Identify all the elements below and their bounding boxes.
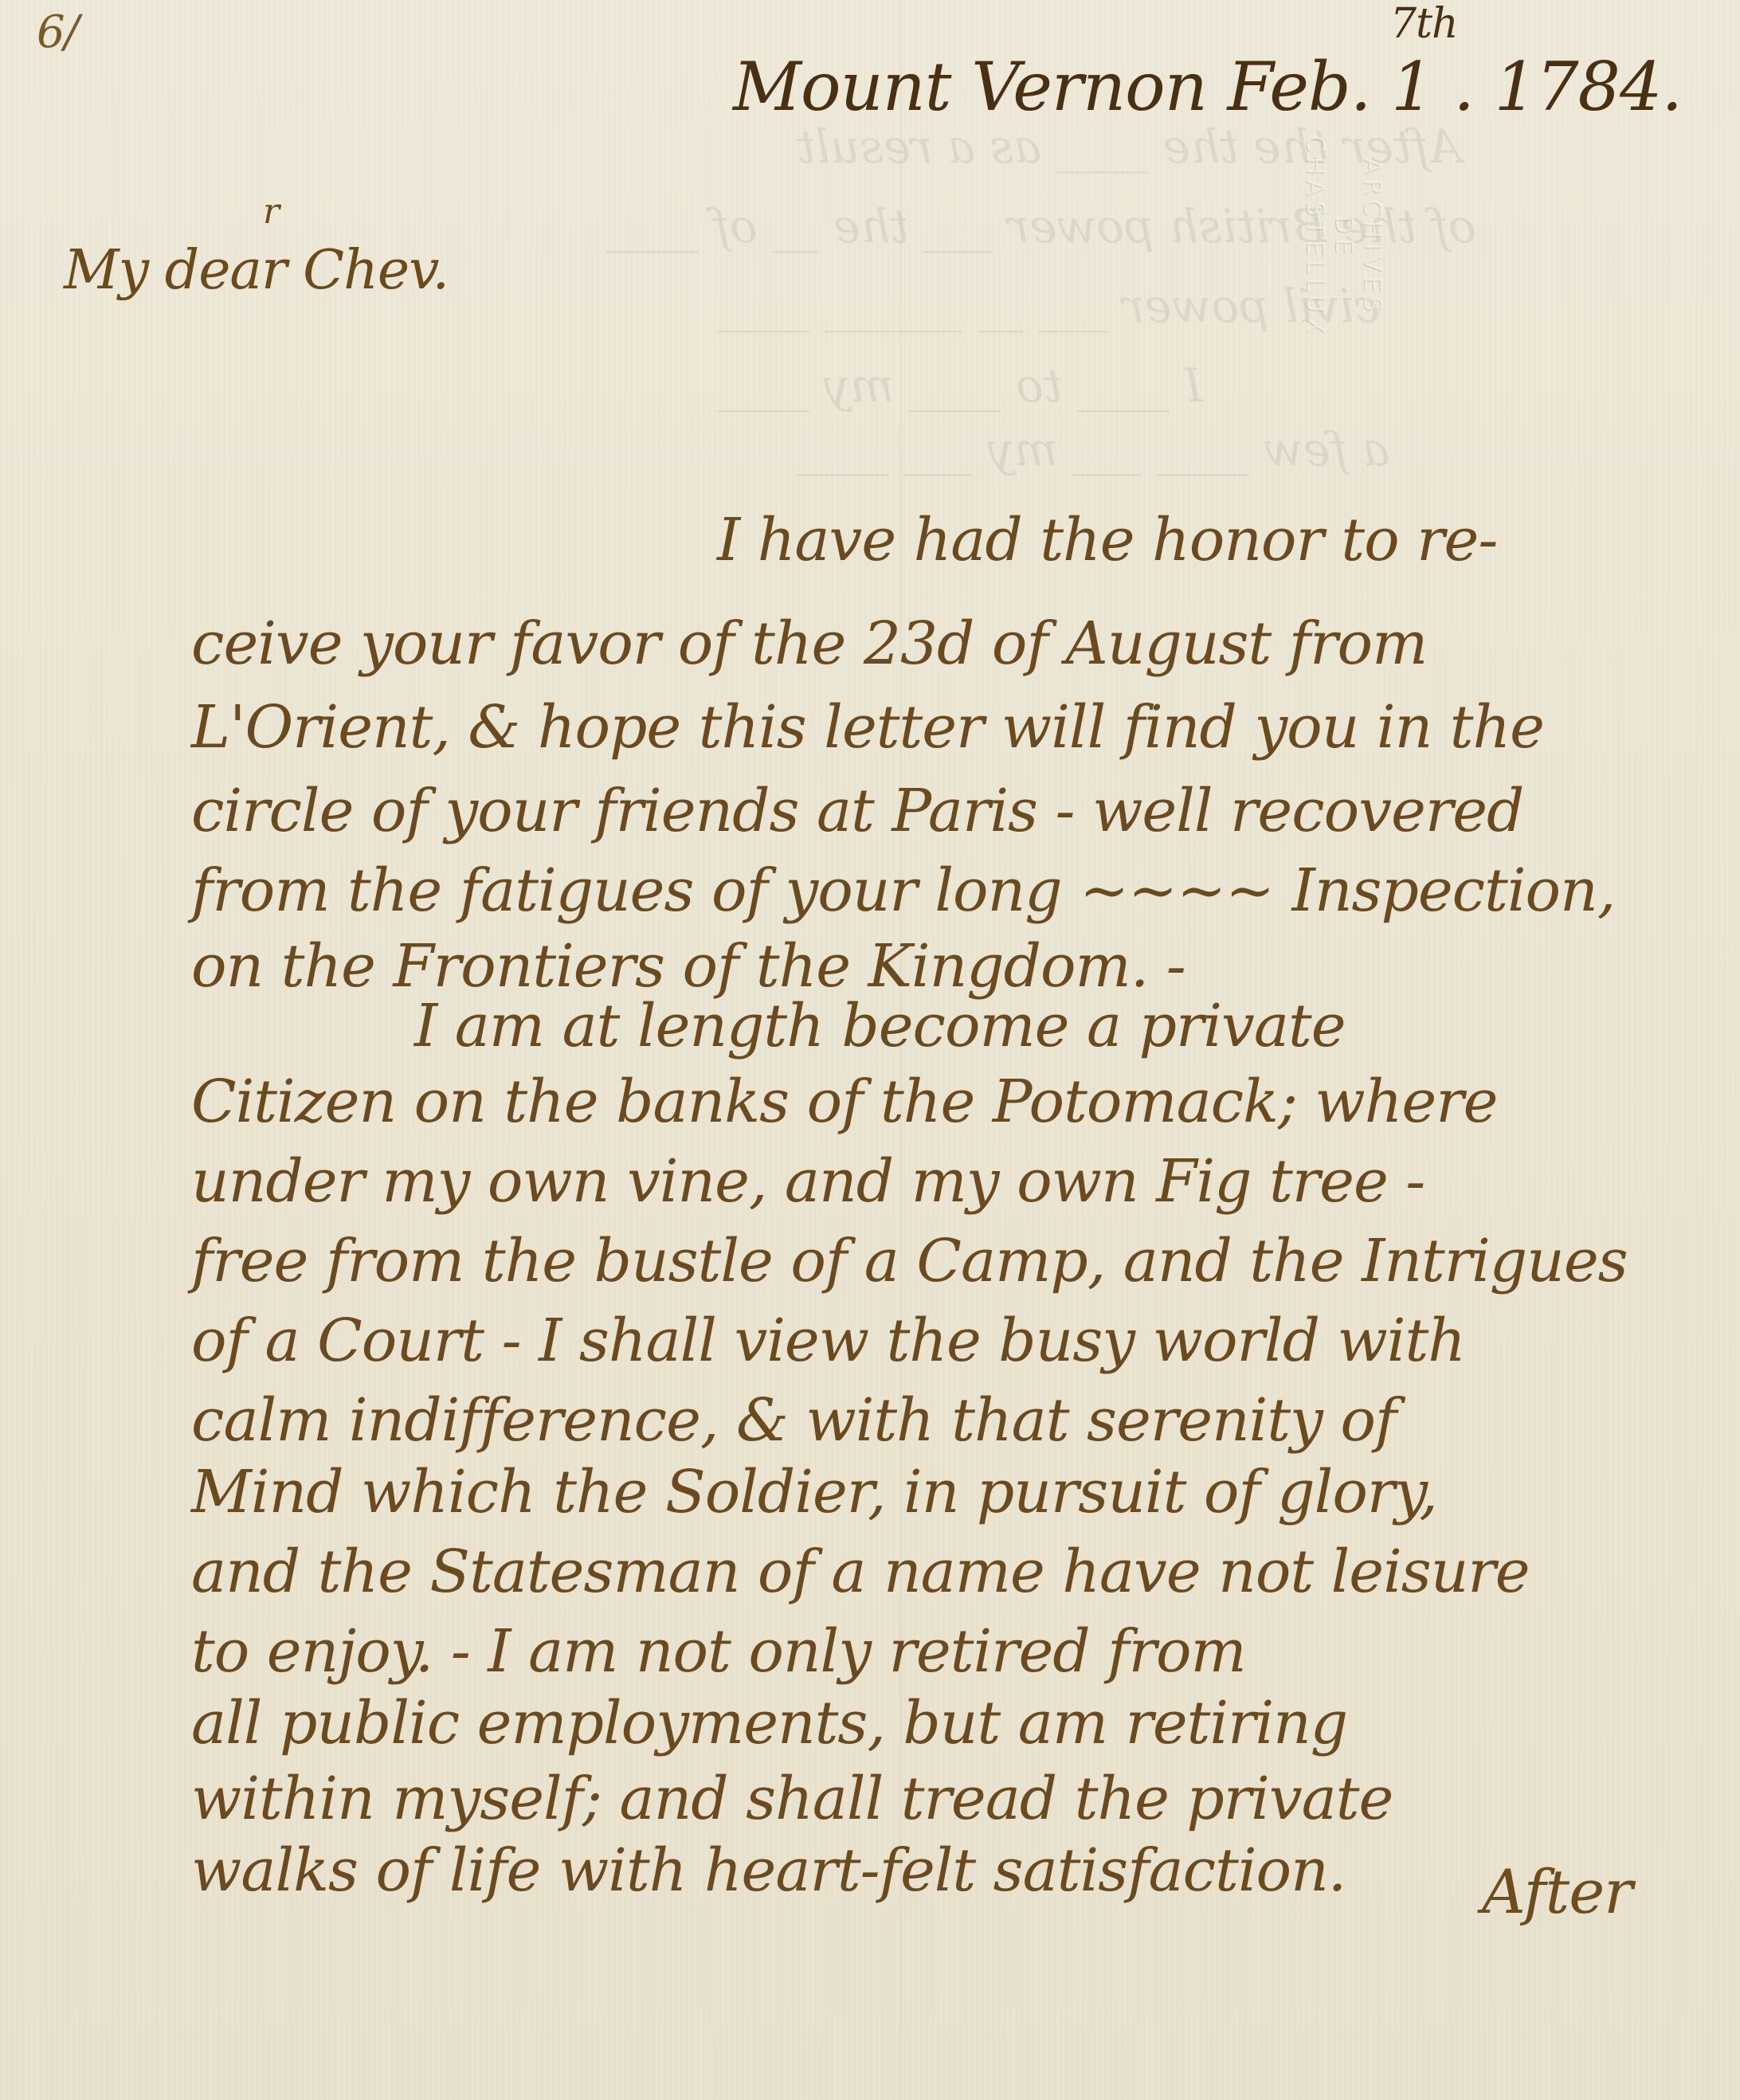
body-line: to enjoy. - I am not only retired from <box>191 1617 1246 1686</box>
bleed-through-line: I ____ to ____ my ____ <box>717 358 1202 413</box>
body-line: on the Frontiers of the Kingdom. - <box>191 932 1185 1001</box>
archive-emboss-stamp: ARCHIVES DE CHASTELLUX <box>1300 135 1386 339</box>
body-line: circle of your friends at Paris - well r… <box>191 777 1523 845</box>
body-line: I have had the honor to re- <box>717 506 1497 574</box>
body-line: I am at length become a private <box>414 992 1346 1060</box>
bleed-through-line: a few ____ ___ my ___ ____ <box>797 422 1389 476</box>
salutation: My dear Chev. <box>64 239 449 302</box>
date-correction-superscript: 7th <box>1390 0 1457 48</box>
body-line: walks of life with heart-felt satisfacti… <box>191 1836 1346 1905</box>
body-line: Citizen on the banks of the Potomack; wh… <box>191 1068 1497 1136</box>
dateline: Mount Vernon Feb. 1 . 1784. <box>733 48 1682 126</box>
stamp-line: CHASTELLUX <box>1300 135 1329 339</box>
body-line: all public employments, but am retiring <box>191 1689 1347 1757</box>
letter-page: After the the ____ as a result of the Br… <box>0 0 1740 2100</box>
dateline-place: Mount Vernon <box>733 48 1207 126</box>
body-line: from the fatigues of your long ~~~~ Insp… <box>191 856 1615 925</box>
body-line: free from the bustle of a Camp, and the … <box>191 1227 1628 1295</box>
bleed-through-line: civil power ___ __ ______ ____ <box>717 279 1380 333</box>
body-line: calm indifference, & with that serenity … <box>191 1386 1396 1455</box>
body-line: and the Statesman of a name have not lei… <box>191 1538 1530 1606</box>
body-line: Mind which the Soldier, in pursuit of gl… <box>191 1458 1437 1526</box>
body-line: under my own vine, and my own Fig tree - <box>191 1147 1425 1216</box>
salutation-superscript: r <box>263 191 279 232</box>
stamp-line: DE <box>1329 135 1358 339</box>
body-line: ceive your favor of the 23d of August fr… <box>191 609 1427 678</box>
catchword: After <box>1482 1856 1632 1927</box>
stamp-line: ARCHIVES <box>1358 135 1386 339</box>
body-line: L'Orient, & hope this letter will find y… <box>191 693 1544 762</box>
dateline-date: Feb. 1 . 1784. <box>1228 48 1683 126</box>
body-line: of a Court - I shall view the busy world… <box>191 1307 1465 1375</box>
folio-mark: 6/ <box>37 6 79 58</box>
body-line: within myself; and shall tread the priva… <box>191 1765 1393 1833</box>
